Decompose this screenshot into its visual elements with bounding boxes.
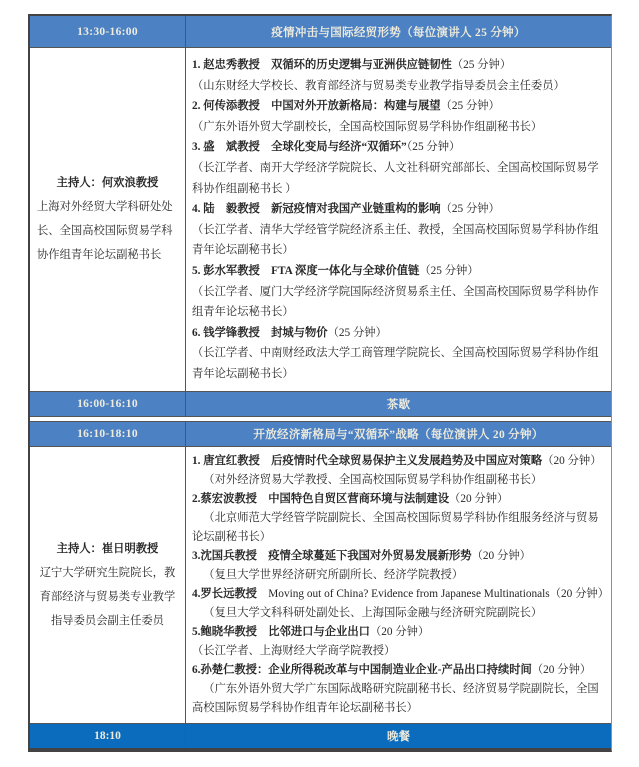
session2-time: 16:10-18:10 [30,422,186,446]
item-duration: （25 分钟） [328,327,387,339]
item-title: 2. 何传添教授 中国对外开放新格局：构建与展望（25 分钟） [192,96,609,117]
moderator-block: 主持人：崔日明教授 辽宁大学研究生院院长，教育部经济与贸易类专业教学指导委员会副… [30,533,185,637]
break-title: 茶歇 [186,392,611,416]
item-affiliation: （山东财经大学校长、教育部经济与贸易类专业教学指导委员会主任委员） [192,76,609,97]
item-speaker-topic: 2.蔡宏波教授 中国特色自贸区营商环境与法制建设 [192,493,449,505]
item-speaker-topic: 2. 何传添教授 中国对外开放新格局：构建与展望 [192,100,441,112]
item-duration: （20 分钟） [550,588,609,600]
item-duration: （20 分钟） [449,493,508,505]
item-speaker-topic: 3.沈国兵教授 疫情全球蔓延下我国对外贸易发展新形势 [192,550,472,562]
item-affiliation: （广东外语外贸大学广东国际战略研究院副秘书长、经济贸易学院副院长，全国高校国际贸… [192,680,609,718]
item-title: 6. 钱学锋教授 封城与物价（25 分钟） [192,323,609,344]
session1-time: 13:30-16:00 [30,16,186,47]
item-duration: （25 分钟） [407,141,461,153]
item-speaker-topic: 1. 唐宜红教授 后疫情时代全球贸易保护主义发展趋势及中国应对策略 [192,455,542,467]
item-speaker-topic: 3. 盛 斌教授 全球化变局与经济“双循环” [192,141,407,153]
agenda-item: 4. 陆 毅教授 新冠疫情对我国产业链重构的影响（25 分钟） （长江学者、清华… [192,199,609,261]
item-speaker-topic: 5. 彭水军教授 FTA 深度一体化与全球价值链 [192,265,419,277]
item-title: 5. 彭水军教授 FTA 深度一体化与全球价值链（25 分钟） [192,261,609,282]
item-affiliation: （复旦大学文科科研处副处长、上海国际金融与经济研究院副院长） [192,604,609,623]
item-affiliation: （对外经济贸易大学教授、全国高校国际贸易学科协作组副秘书长） [192,471,609,490]
agenda-item: 2. 何传添教授 中国对外开放新格局：构建与展望（25 分钟） （广东外语外贸大… [192,96,609,137]
agenda-item: 1. 唐宜红教授 后疫情时代全球贸易保护主义发展趋势及中国应对策略（20 分钟）… [192,452,609,490]
item-speaker-topic: 4.罗长远教授 [192,588,257,600]
item-title: 1. 唐宜红教授 后疫情时代全球贸易保护主义发展趋势及中国应对策略（20 分钟） [192,452,609,471]
session2-header-row: 16:10-18:10 开放经济新格局与“双循环”战略（每位演讲人 20 分钟） [30,422,611,447]
item-affiliation: （长江学者、中南财经政法大学工商管理学院院长、全国高校国际贸易学科协作组青年论坛… [192,343,609,384]
item-title: 5.鲍晓华教授 比邻进口与企业出口（20 分钟） [192,623,609,642]
dinner-row: 18:10 晚餐 [30,724,611,750]
moderator-block: 主持人：何欢浪教授 上海对外经贸大学科研处处长、全国高校国际贸易学科协作组青年论… [30,167,185,271]
session2-agenda: 1. 唐宜红教授 后疫情时代全球贸易保护主义发展趋势及中国应对策略（20 分钟）… [186,447,611,723]
item-speaker-topic: 1. 赵忠秀教授 双循环的历史逻辑与亚洲供应链韧性 [192,59,452,71]
dinner-time: 18:10 [30,724,186,748]
item-duration: （25 分钟） [419,265,478,277]
item-title: 4. 陆 毅教授 新冠疫情对我国产业链重构的影响（25 分钟） [192,199,609,220]
item-duration: （25 分钟） [441,100,500,112]
item-affiliation: （长江学者、上海财经大学商学院教授） [192,642,609,661]
agenda-item: 6.孙楚仁教授：企业所得税改革与中国制造业企业-产品出口持续时间（20 分钟） … [192,661,609,718]
item-title: 1. 赵忠秀教授 双循环的历史逻辑与亚洲供应链韧性（25 分钟） [192,55,609,76]
session1-moderator-cell: 主持人：何欢浪教授 上海对外经贸大学科研处处长、全国高校国际贸易学科协作组青年论… [30,48,186,391]
agenda-item: 3. 盛 斌教授 全球化变局与经济“双循环”（25 分钟） （长江学者、南开大学… [192,137,609,199]
item-topic-normal: Moving out of China? Evidence from Japan… [257,588,550,600]
item-title: 3.沈国兵教授 疫情全球蔓延下我国对外贸易发展新形势（20 分钟） [192,547,609,566]
moderator-name: 主持人：崔日明教授 [37,537,178,561]
item-duration: （20 分钟） [532,664,591,676]
agenda-item: 5. 彭水军教授 FTA 深度一体化与全球价值链（25 分钟） （长江学者、厦门… [192,261,609,323]
break-time: 16:00-16:10 [30,392,186,416]
item-speaker-topic: 6. 钱学锋教授 封城与物价 [192,327,328,339]
session1-header-row: 13:30-16:00 疫情冲击与国际经贸形势（每位演讲人 25 分钟） [30,16,611,48]
agenda-item: 2.蔡宏波教授 中国特色自贸区营商环境与法制建设（20 分钟） （北京师范大学经… [192,490,609,547]
item-speaker-topic: 4. 陆 毅教授 新冠疫情对我国产业链重构的影响 [192,203,441,215]
item-duration: （20 分钟） [472,550,531,562]
agenda-item: 1. 赵忠秀教授 双循环的历史逻辑与亚洲供应链韧性（25 分钟） （山东财经大学… [192,55,609,96]
item-title: 4.罗长远教授 Moving out of China? Evidence fr… [192,585,609,604]
session2-moderator-cell: 主持人：崔日明教授 辽宁大学研究生院院长，教育部经济与贸易类专业教学指导委员会副… [30,447,186,723]
item-duration: （25 分钟） [441,203,500,215]
item-affiliation: （北京师范大学经管学院副院长、全国高校国际贸易学科协作组服务经济与贸易论坛副秘书… [192,509,609,547]
agenda-item: 5.鲍晓华教授 比邻进口与企业出口（20 分钟） （长江学者、上海财经大学商学院… [192,623,609,661]
agenda-item: 3.沈国兵教授 疫情全球蔓延下我国对外贸易发展新形势（20 分钟） （复旦大学世… [192,547,609,585]
break-row: 16:00-16:10 茶歇 [30,392,611,417]
item-affiliation: （长江学者、厦门大学经济学院国际经济贸易系主任、全国高校国际贸易学科协作组青年论… [192,282,609,323]
item-title: 3. 盛 斌教授 全球化变局与经济“双循环”（25 分钟） [192,137,609,158]
item-affiliation: （复旦大学世界经济研究所副所长、经济学院教授） [192,566,609,585]
session2-title: 开放经济新格局与“双循环”战略（每位演讲人 20 分钟） [186,422,611,446]
dinner-title: 晚餐 [186,724,611,748]
session1-body-row: 主持人：何欢浪教授 上海对外经贸大学科研处处长、全国高校国际贸易学科协作组青年论… [30,48,611,392]
agenda-item: 4.罗长远教授 Moving out of China? Evidence fr… [192,585,609,623]
moderator-description: 辽宁大学研究生院院长，教育部经济与贸易类专业教学指导委员会副主任委员 [37,561,178,633]
item-speaker-topic: 6.孙楚仁教授：企业所得税改革与中国制造业企业-产品出口持续时间 [192,664,532,676]
item-speaker-topic: 5.鲍晓华教授 比邻进口与企业出口 [192,626,370,638]
item-duration: （25 分钟） [452,59,511,71]
session1-agenda: 1. 赵忠秀教授 双循环的历史逻辑与亚洲供应链韧性（25 分钟） （山东财经大学… [186,48,611,391]
item-affiliation: （长江学者、南开大学经济学院院长、人文社科研究部部长、全国高校国际贸易学科协作组… [192,158,609,199]
item-duration: （20 分钟） [370,626,429,638]
agenda-item: 6. 钱学锋教授 封城与物价（25 分钟） （长江学者、中南财经政法大学工商管理… [192,323,609,385]
item-affiliation: （长江学者、清华大学经管学院经济系主任、教授，全国高校国际贸易学科协作组青年论坛… [192,220,609,261]
item-affiliation: （广东外语外贸大学副校长，全国高校国际贸易学科协作组副秘书长） [192,117,609,138]
session1-title: 疫情冲击与国际经贸形势（每位演讲人 25 分钟） [186,16,611,47]
schedule-table: 13:30-16:00 疫情冲击与国际经贸形势（每位演讲人 25 分钟） 主持人… [28,14,612,752]
session2-body-row: 主持人：崔日明教授 辽宁大学研究生院院长，教育部经济与贸易类专业教学指导委员会副… [30,447,611,724]
item-duration: （20 分钟） [542,455,601,467]
moderator-name: 主持人：何欢浪教授 [37,171,178,195]
item-title: 6.孙楚仁教授：企业所得税改革与中国制造业企业-产品出口持续时间（20 分钟） [192,661,609,680]
moderator-description: 上海对外经贸大学科研处处长、全国高校国际贸易学科协作组青年论坛副秘书长 [37,195,178,267]
item-title: 2.蔡宏波教授 中国特色自贸区营商环境与法制建设（20 分钟） [192,490,609,509]
